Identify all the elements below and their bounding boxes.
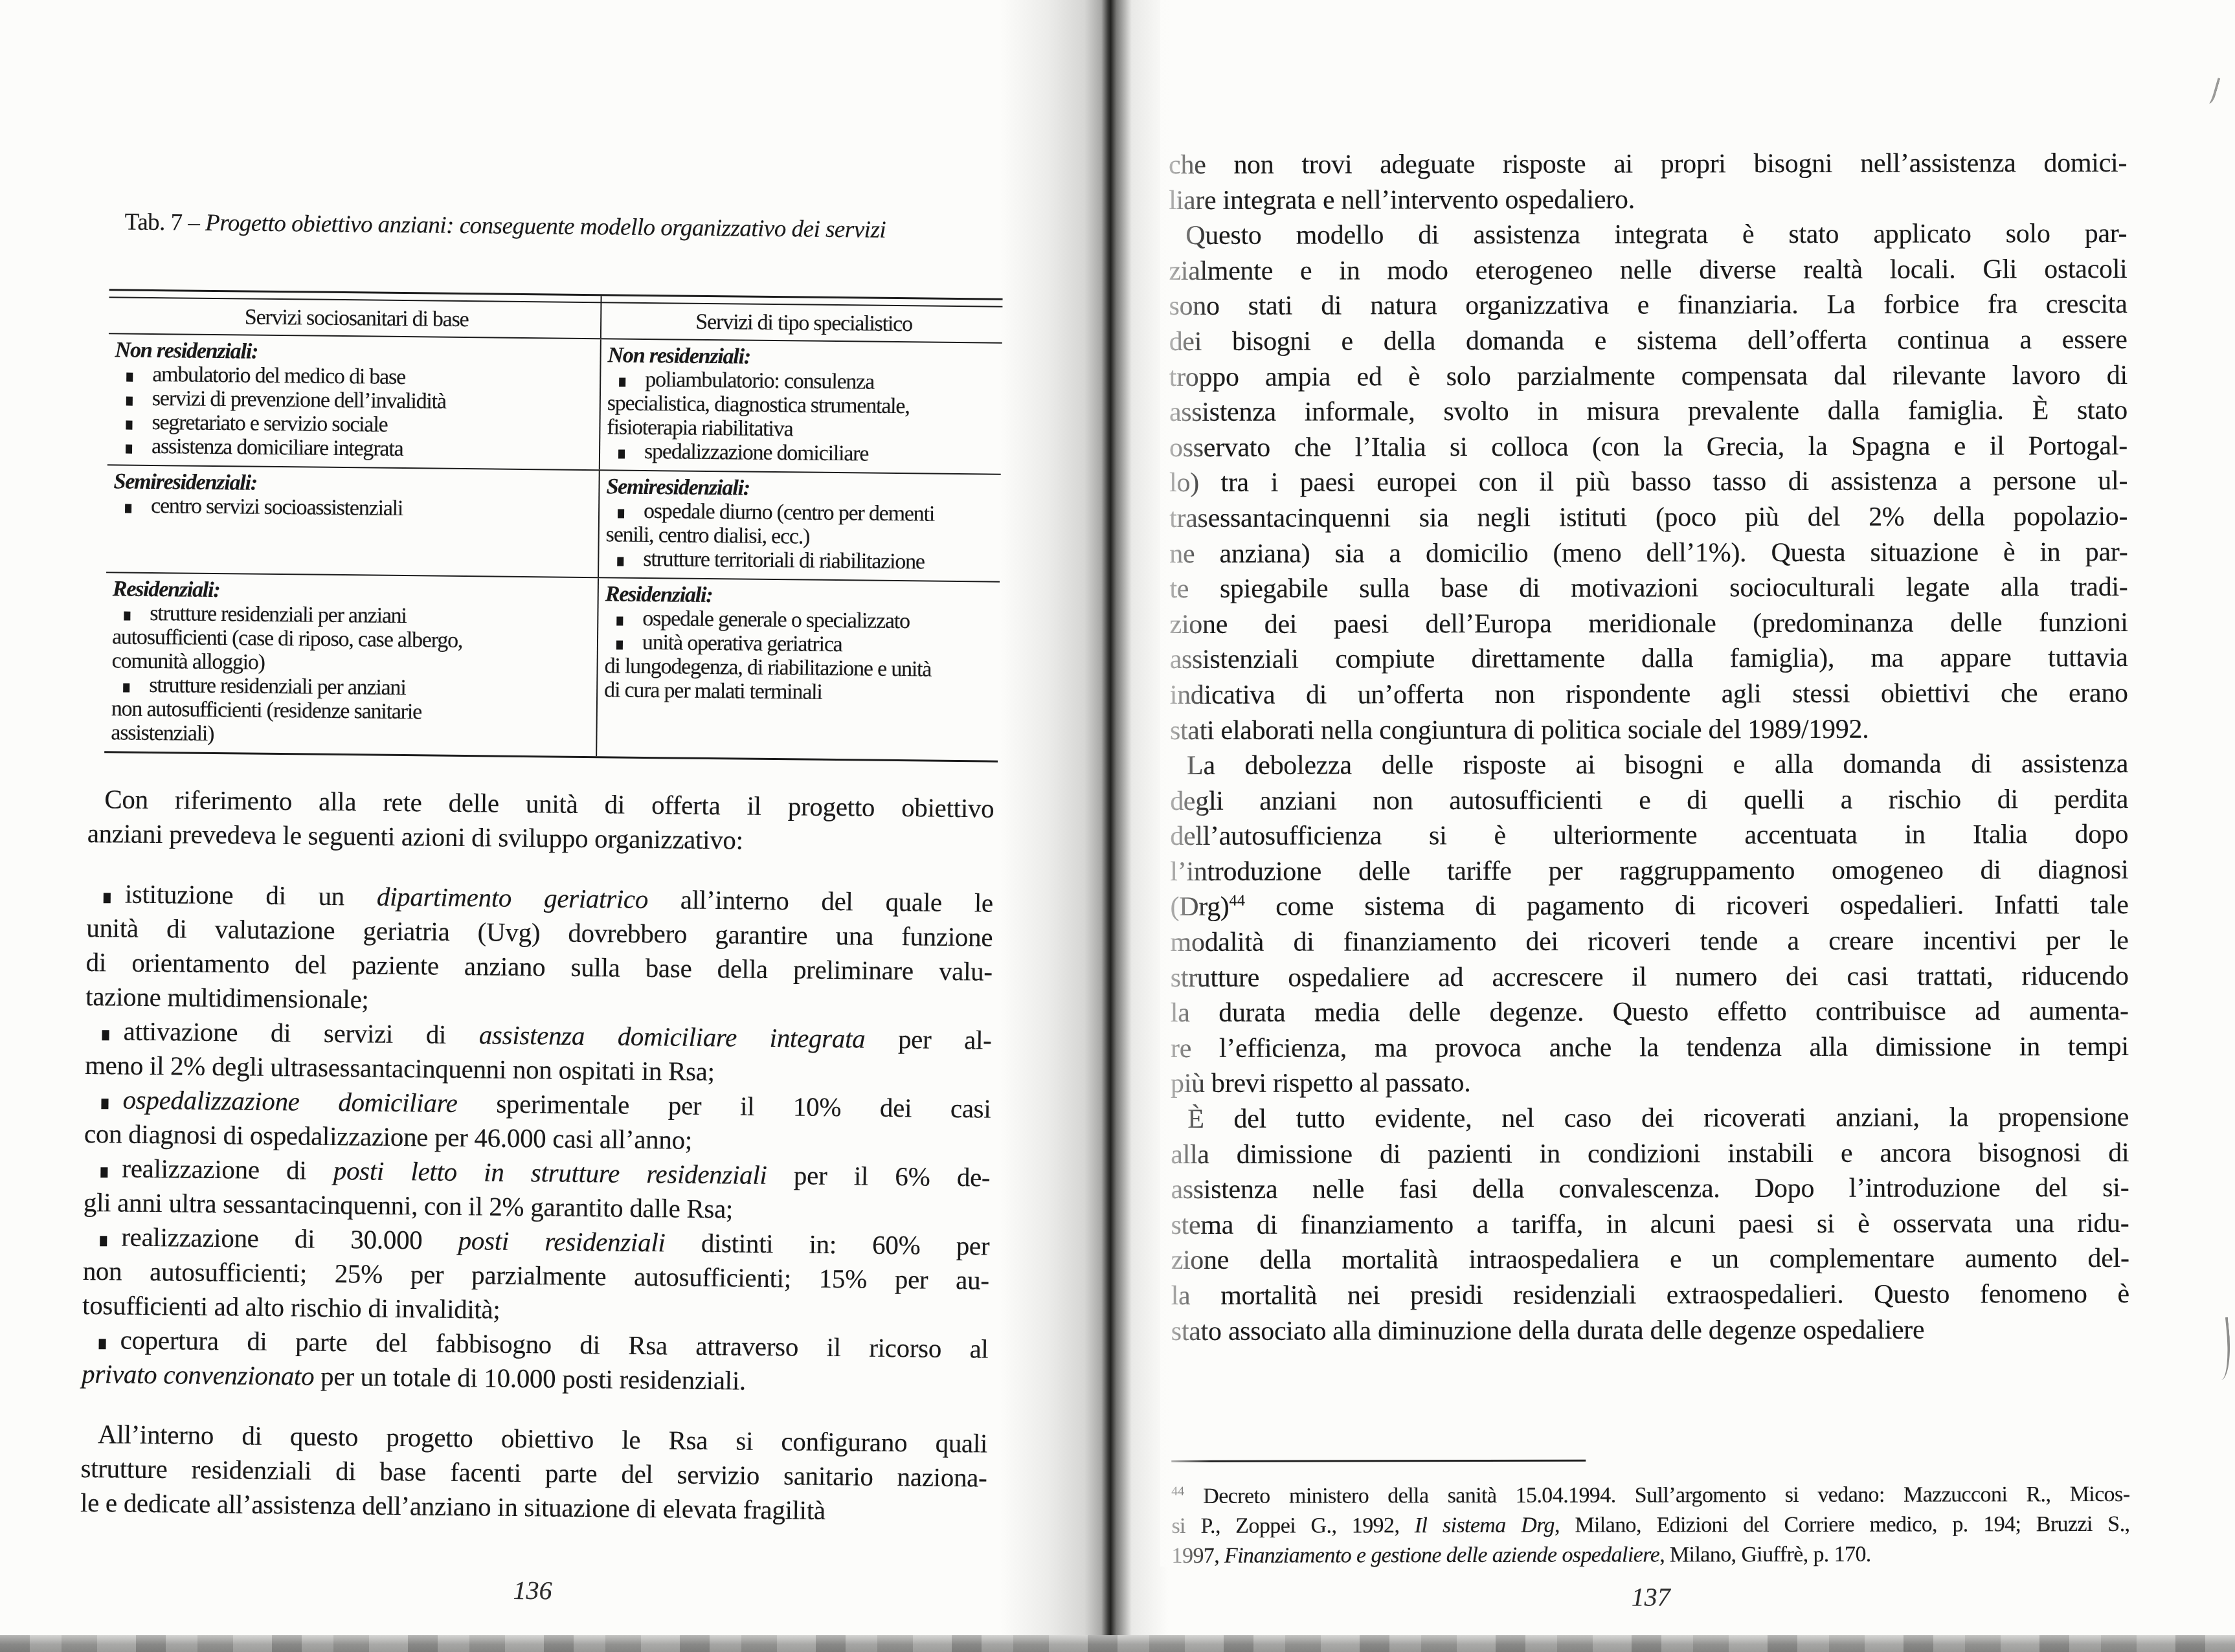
table-item-line: unità operativa geriatrica — [605, 630, 996, 658]
bullet-square-icon — [126, 445, 132, 454]
table-column-header: Servizi sociosanitari di base — [109, 291, 601, 338]
bullet-item: realizzazione di 30.000 posti residenzia… — [82, 1220, 990, 1332]
table-item-line: ospedale generale o specializzato — [605, 606, 996, 634]
bullet-square-icon — [617, 557, 623, 566]
table-cell: Semiresidenziali:ospedale diurno (centro… — [598, 471, 1001, 581]
text-line: zione della mortalità intraospedaliera e… — [1171, 1241, 2129, 1278]
page-number-left: 136 — [79, 1570, 985, 1611]
text-line: osservato che l’Italia si colloca (con l… — [1169, 429, 2128, 466]
bullet-item: attivazione di servizi di assistenza dom… — [85, 1014, 992, 1092]
footnote-line: 44 Decreto ministero della sanità 15.04.… — [1171, 1480, 2129, 1512]
bullet-square-icon — [123, 684, 129, 693]
text-line: indicativa di un’offerta non rispondente… — [1170, 676, 2128, 713]
paragraph: È del tutto evidente, nel caso dei ricov… — [1171, 1100, 2129, 1349]
paragraph: All’interno di questo progetto obiettivo… — [80, 1417, 988, 1530]
bullet-square-icon — [619, 378, 625, 387]
bullet-item: istituzione di un dipartimento geriatric… — [85, 876, 993, 1023]
text-line: alla dimissione di pazienti in condizion… — [1171, 1135, 2129, 1173]
table-section-heading: Non residenziali: — [607, 343, 999, 371]
table-section-heading: Semiresidenziali: — [606, 474, 998, 502]
text-line: lo) tra i paesi europei con il più basso… — [1169, 463, 2128, 501]
text-line: (Drg)44 come sistema di pagamento di ric… — [1170, 887, 2128, 925]
table-item-line: centro servizi socioassistenziali — [113, 493, 596, 522]
table-cell: Semiresidenziali:centro servizi socioass… — [106, 465, 599, 577]
text-line: degli anziani non autosufficienti e di q… — [1170, 782, 2128, 820]
footnote-line: 1997, Finanziamento e gestione delle azi… — [1172, 1539, 2130, 1571]
page-right: che non trovi adeguate risposte ai propr… — [1169, 146, 2130, 1613]
text-line: dell’autosufficienza si è ulteriormente … — [1170, 817, 2128, 854]
text-line: sono stati di natura organizzativa e fin… — [1169, 287, 2127, 324]
table-item-line: strutture territoriali di riabilitazione — [605, 546, 997, 574]
page-left: Tab. 7 – Progetto obiettivo anziani: con… — [79, 206, 1000, 1611]
text-line: trasessantacinquenni sia negli istituti … — [1169, 499, 2128, 537]
text-line: re l’efficienza, ma provoca anche la ten… — [1171, 1029, 2129, 1067]
bullet-square-icon — [100, 1167, 107, 1178]
bullet-item: ospedalizzazione domiciliare sperimental… — [84, 1082, 991, 1161]
table-caption: Tab. 7 – Progetto obiettivo anziani: con… — [124, 206, 1000, 248]
text-line: È del tutto evidente, nel caso dei ricov… — [1171, 1100, 2129, 1137]
bullet-square-icon — [618, 509, 624, 518]
scan-artifact — [2203, 76, 2221, 105]
text-line: troppo ampia ed è solo parzialmente comp… — [1169, 357, 2128, 395]
text-line: più brevi rispetto al passato. — [1171, 1064, 2129, 1102]
text-line: assistenza nelle fasi della convalescenz… — [1171, 1170, 2129, 1208]
text-line: dei bisogni e della domanda e sistema de… — [1169, 322, 2128, 360]
page-number-right: 137 — [1172, 1581, 2130, 1613]
text-line: assistenziali compiute direttamente dall… — [1170, 640, 2128, 678]
table-column-header: Servizi di tipo specialistico — [600, 296, 1003, 342]
bullet-square-icon — [100, 1236, 107, 1246]
footnote-line: si P., Zoppei G., 1992, Il sistema Drg, … — [1171, 1510, 2129, 1541]
bullet-square-icon — [126, 421, 132, 430]
services-table: Servizi sociosanitari di baseServizi di … — [104, 289, 1002, 762]
table-row: Non residenziali:ambulatorio del medico … — [107, 333, 1002, 473]
paragraph: Con riferimento alla rete delle unità di… — [87, 782, 994, 860]
table-row: Residenziali:strutture residenziali per … — [104, 572, 1000, 760]
bullet-item: realizzazione di posti letto in struttur… — [84, 1151, 991, 1229]
text-line: che non trovi adeguate risposte ai propr… — [1169, 146, 2127, 183]
text-line: la mortalità nei presidi residenziali ex… — [1171, 1277, 2129, 1314]
footnote: 44 Decreto ministero della sanità 15.04.… — [1171, 1480, 2129, 1571]
bullet-item: copertura di parte del fabbisogno di Rsa… — [82, 1323, 989, 1401]
text-line: stati elaborati nella congiuntura di pol… — [1170, 711, 2128, 748]
scan-artifact — [2208, 1317, 2234, 1381]
table-item-line: spedalizzazione domiciliare — [607, 439, 998, 467]
paragraph: che non trovi adeguate risposte ai propr… — [1169, 146, 2127, 218]
scan-bottom-edge — [0, 1635, 2235, 1652]
text-line: modalità di finanziamento dei ricoveri t… — [1171, 923, 2129, 961]
bullet-square-icon — [126, 373, 133, 382]
text-line: l’introduzione delle tariffe per raggrup… — [1170, 853, 2128, 890]
text-line: La debolezza delle risposte ai bisogni e… — [1170, 746, 2128, 784]
table-item-line: ospedale diurno (centro per dementi — [606, 498, 998, 526]
table-caption-title: Progetto obiettivo anziani: conseguente … — [205, 210, 886, 243]
table-row: Semiresidenziali:centro servizi socioass… — [106, 464, 1001, 581]
bullet-square-icon — [618, 450, 625, 459]
table-item-line: assistenziali) — [111, 720, 593, 750]
text-line: ne anziana) sia a domicilio (meno dell’1… — [1169, 534, 2128, 572]
bullet-square-icon — [616, 640, 623, 649]
table-cell: Non residenziali:poliambulatorio: consul… — [599, 339, 1002, 473]
bullet-square-icon — [102, 1030, 109, 1040]
text-line: zione dei paesi dell’Europa meridionale … — [1169, 605, 2128, 643]
bullet-square-icon — [125, 504, 131, 513]
text-line: assistenza informale, svolto in misura p… — [1169, 393, 2128, 430]
text-line: stato associato alla diminuzione della d… — [1171, 1312, 2129, 1349]
table-item-line: specialistica, diagnostica strumentale, — [607, 391, 999, 419]
text-line: zialmente e in modo eterogeneo nelle div… — [1169, 252, 2127, 289]
table-item-line: senili, centro dialisi, ecc.) — [606, 522, 998, 550]
footnote-rule — [1171, 1460, 1586, 1462]
bullet-square-icon — [616, 616, 623, 625]
bullet-square-icon — [101, 1099, 108, 1109]
text-line: strutture ospedaliere ad accrescere il n… — [1171, 959, 2129, 996]
table-cell: Residenziali:ospedale generale o special… — [596, 578, 1000, 760]
paragraph: La debolezza delle risposte ai bisogni e… — [1170, 746, 2129, 1102]
table-caption-prefix: Tab. 7 – — [125, 209, 206, 236]
table-item-line: assistenza domiciliare integrata — [114, 434, 596, 463]
table-item-line: fisioterapia riabilitativa — [607, 415, 998, 443]
text-line: liare integrata e nell’intervento ospeda… — [1169, 181, 2127, 218]
right-body-text: che non trovi adeguate risposte ai propr… — [1169, 146, 2129, 1349]
table-cell: Non residenziali:ambulatorio del medico … — [107, 334, 600, 469]
table-section-heading: Residenziali: — [605, 582, 997, 610]
bullet-square-icon — [124, 612, 130, 621]
table-item-line: poliambulatorio: consulenza — [607, 367, 999, 395]
table-item-line: di cura per malati terminali — [604, 678, 996, 706]
text-line: la durata media delle degenze. Questo ef… — [1171, 994, 2129, 1031]
text-line: Questo modello di assistenza integrata è… — [1169, 216, 2127, 254]
bullet-square-icon — [126, 397, 133, 406]
text-line: stema di finanziamento a tariffa, in alc… — [1171, 1206, 2129, 1244]
text-line: te spiegabile sulla base di motivazioni … — [1169, 570, 2128, 607]
paragraph: Questo modello di assistenza integrata è… — [1169, 216, 2128, 748]
bullet-square-icon — [104, 893, 111, 903]
table-item-line: di lungodegenza, di riabilitazione e uni… — [604, 654, 996, 682]
book-spine-shadow — [1000, 0, 1169, 1652]
left-body-text: Con riferimento alla rete delle unità di… — [80, 782, 994, 1530]
bullet-square-icon — [99, 1339, 106, 1349]
table-cell: Residenziali:strutture residenziali per … — [104, 573, 598, 756]
